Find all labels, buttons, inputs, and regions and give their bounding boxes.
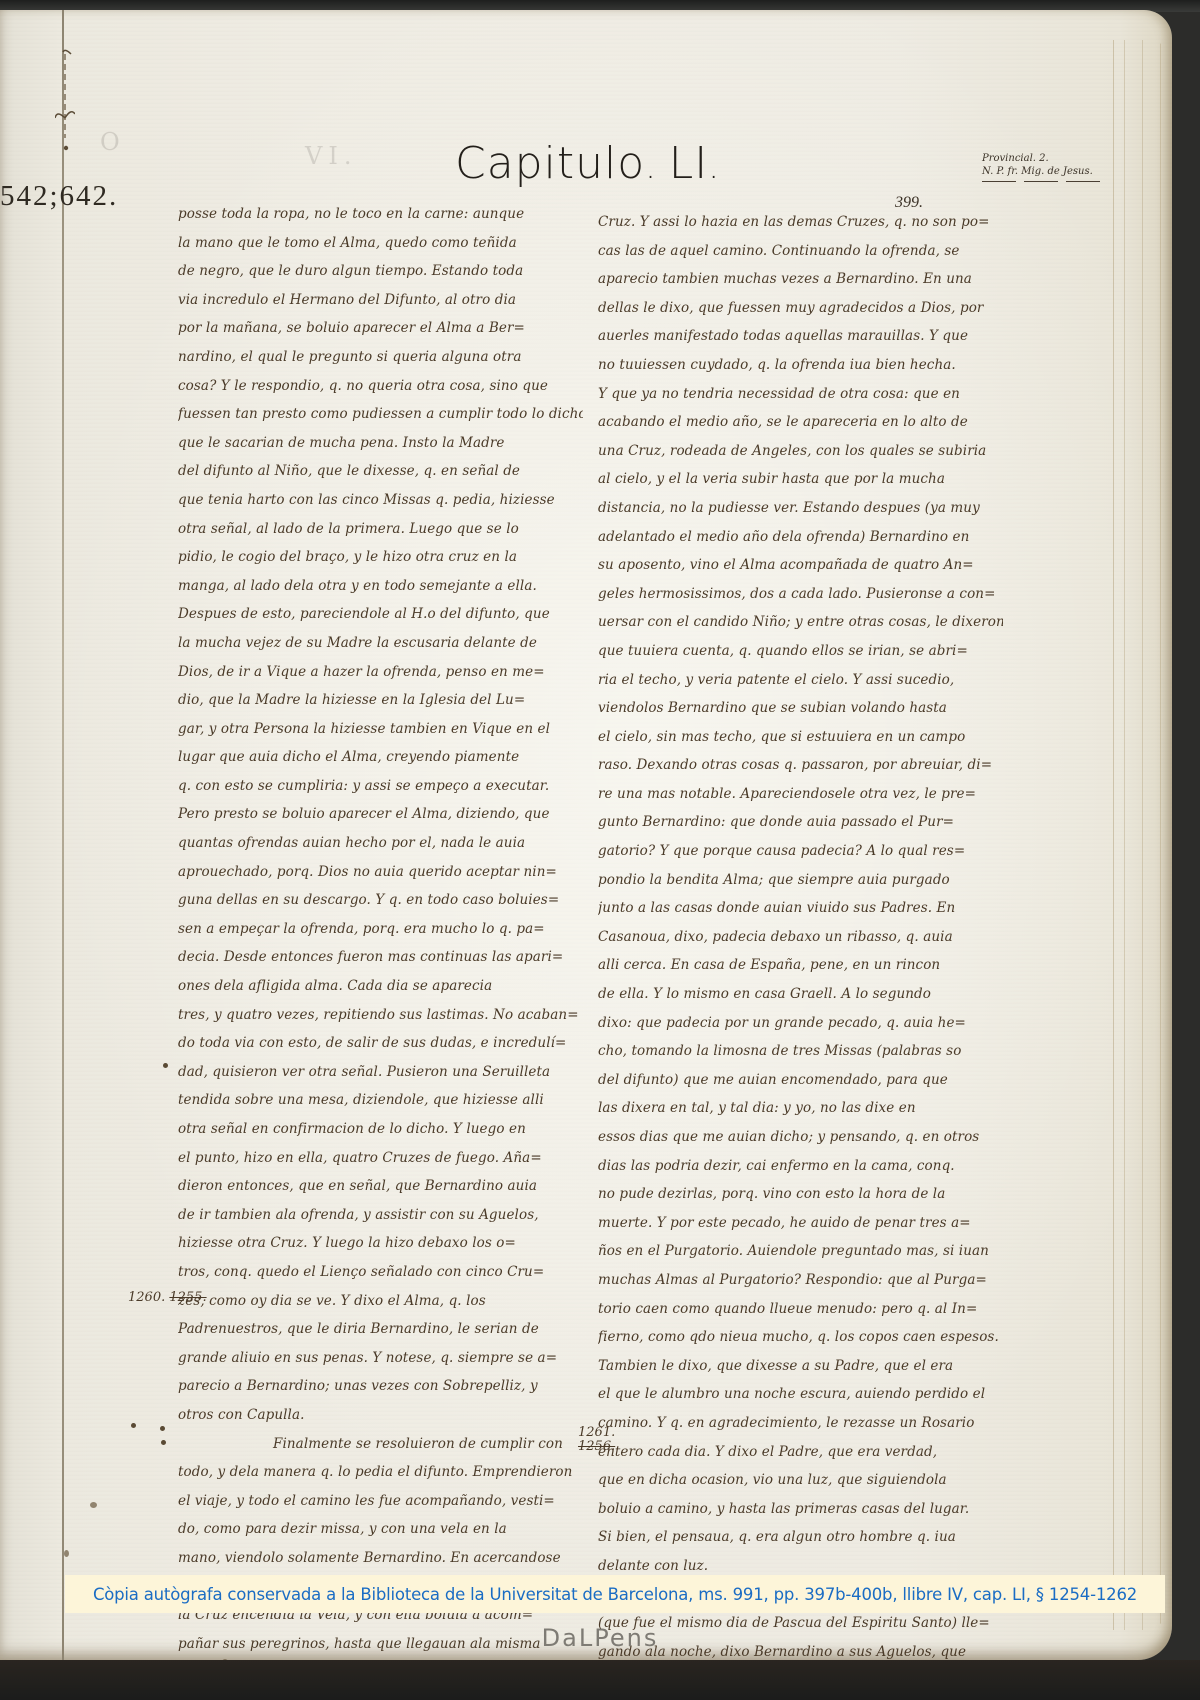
manuscript-line: essos dias que me auian dicho; y pensand… [598,1123,1003,1152]
manuscript-line: pidio, le cogio del braço, y le hizo otr… [178,543,583,572]
manuscript-line: adelantado el medio año dela ofrenda) Be… [598,523,1003,552]
manuscript-line: el punto, hizo en ella, quatro Cruzes de… [178,1144,583,1173]
paragraph-number-left: 1260. 1255. [128,1290,207,1305]
manuscript-line: dio, que la Madre la hiziesse en la Igle… [178,686,583,715]
manuscript-line: que le sacarian de mucha pena. Insto la … [178,429,583,458]
paragraph-number-struck: 1256. [578,1440,615,1454]
manuscript-line: via incredulo el Hermano del Difunto, al… [178,286,583,315]
manuscript-line: quantas ofrendas auian hecho por el, nad… [178,829,583,858]
manuscript-line: la mucha vejez de su Madre la escusaria … [178,629,583,658]
manuscript-line: grande aliuio en sus penas. Y notese, q.… [178,1344,583,1373]
ink-dot [161,1440,166,1445]
manuscript-line: que tuuiera cuenta, q. quando ellos se i… [598,637,1003,666]
paragraph-number-right: 1261. 1256. [578,1426,615,1454]
manuscript-line: dixo: que padecia por un grande pecado, … [598,1009,1003,1038]
manuscript-line: Dios, de ir a Vique a hazer la ofrenda, … [178,658,583,687]
manuscript-line: otros con Capulla. [178,1401,583,1430]
manuscript-line: parecio a Bernardino; unas vezes con Sob… [178,1372,583,1401]
manuscript-line: dellas le dixo, que fuessen muy agradeci… [598,294,1003,323]
manuscript-line: dad, quisieron ver otra señal. Pusieron … [178,1058,583,1087]
paragraph-number-new: 1261. [578,1426,615,1440]
manuscript-line: tres, y quatro vezes, repitiendo sus las… [178,1001,583,1030]
manuscript-line: Finalmente se resoluieron de cumplir con [178,1430,583,1459]
text-column-right: Cruz. Y assi lo hazia en las demas Cruze… [598,208,1003,1666]
ink-dot [160,1426,165,1431]
manuscript-line: cosa? Y le respondio, q. no queria otra … [178,372,583,401]
manuscript-line: de ella. Y lo mismo en casa Graell. A lo… [598,980,1003,1009]
manuscript-line: gunto Bernardino: que donde auia passado… [598,808,1003,837]
manuscript-line: entero cada dia. Y dixo el Padre, que er… [598,1438,1003,1467]
manuscript-line: de ir tambien ala ofrenda, y assistir co… [178,1201,583,1230]
manuscript-line: tros, conq. quedo el Lienço señalado con… [178,1258,583,1287]
manuscript-line: gar, y otra Persona la hiziesse tambien … [178,715,583,744]
manuscript-line: Pero presto se boluio aparecer el Alma, … [178,800,583,829]
margin-note-provincial: Provincial. 2. N. P. fr. Mig. de Jesus. [982,152,1122,182]
watermark-logo: DaLPens [0,1624,1200,1652]
manuscript-line: aprouechado, porq. Dios no auia querido … [178,858,583,887]
manuscript-line: lugar que auia dicho el Alma, creyendo p… [178,743,583,772]
manuscript-line: alli cerca. En casa de España, pene, en … [598,951,1003,980]
manuscript-line: el viaje, y todo el camino les fue acomp… [178,1487,583,1516]
manuscript-line: cho, tomando la limosna de tres Missas (… [598,1037,1003,1066]
manuscript-line: do, como para dezir missa, y con una vel… [178,1515,583,1544]
manuscript-line: aparecio tambien muchas vezes a Bernardi… [598,265,1003,294]
ink-dot [131,1423,136,1428]
fleuron-ornament-icon [55,48,75,158]
manuscript-line: ones dela afligida alma. Cada dia se apa… [178,972,583,1001]
chapter-title-word: Capitulo [455,138,645,189]
scan-background-bottom [0,1660,1200,1700]
manuscript-line: dieron entonces, que en señal, que Berna… [178,1172,583,1201]
manuscript-line: no tuuiessen cuydado, q. la ofrenda iua … [598,351,1003,380]
manuscript-line: otra señal en confirmacion de lo dicho. … [178,1115,583,1144]
manuscript-line: Despues de esto, pareciendole al H.o del… [178,600,583,629]
manuscript-line: fuessen tan presto como pudiessen a cump… [178,400,583,429]
manuscript-line: al cielo, y el la veria subir hasta que … [598,465,1003,494]
manuscript-line: todo, y dela manera q. lo pedia el difun… [178,1458,583,1487]
manuscript-line: boluio a camino, y hasta las primeras ca… [598,1495,1003,1524]
paragraph-number-struck: 1255. [169,1290,206,1305]
manuscript-line: Y que ya no tendria necessidad de otra c… [598,380,1003,409]
manuscript-line: manga, al lado dela otra y en todo semej… [178,572,583,601]
manuscript-line: dias las podria dezir, cai enfermo en la… [598,1152,1003,1181]
manuscript-line: mano, viendolo solamente Bernardino. En … [178,1544,583,1573]
chapter-title: Capitulo. LI. [455,138,720,189]
manuscript-line: gatorio? Y que porque causa padecia? A l… [598,837,1003,866]
manuscript-line: el cielo, sin mas techo, que si estuuier… [598,723,1003,752]
manuscript-line: sen a empeçar la ofrenda, porq. era much… [178,915,583,944]
margin-note-line-2: N. P. fr. Mig. de Jesus. [982,165,1122,178]
manuscript-line: nardino, el qual le pregunto si queria a… [178,343,583,372]
margin-note-underline [982,181,1100,182]
manuscript-line: muerte. Y por este pecado, he auido de p… [598,1209,1003,1238]
worm-hole [90,1502,97,1508]
manuscript-line: q. con esto se cumpliria: y assi se empe… [178,772,583,801]
chapter-title-period: . [708,147,720,187]
chapter-title-separator: . [645,147,669,187]
manuscript-line: una Cruz, rodeada de Angeles, con los qu… [598,437,1003,466]
manuscript-line: del difunto) que me auian encomendado, p… [598,1066,1003,1095]
manuscript-line: acabando el medio año, se le apareceria … [598,408,1003,437]
manuscript-line: fierno, como qdo nieua mucho, q. los cop… [598,1323,1003,1352]
manuscript-line: de negro, que le duro algun tiempo. Esta… [178,257,583,286]
manuscript-line: hiziesse otra Cruz. Y luego la hizo deba… [178,1229,583,1258]
manuscript-line: Cruz. Y assi lo hazia en las demas Cruze… [598,208,1003,237]
faint-bleedthrough-mark: O [100,128,126,156]
manuscript-line: las dixera en tal, y tal dia: y yo, no l… [598,1094,1003,1123]
paragraph-number-new: 1260. [128,1290,165,1305]
manuscript-line: geles hermosissimos, dos a cada lado. Pu… [598,580,1003,609]
manuscript-line: decia. Desde entonces fueron mas continu… [178,943,583,972]
manuscript-line: auerles manifestado todas aquellas marau… [598,322,1003,351]
manuscript-line: junto a las casas donde auian viuido sus… [598,894,1003,923]
manuscript-line: por la mañana, se boluio aparecer el Alm… [178,314,583,343]
manuscript-line: raso. Dexando otras cosas q. passaron, p… [598,751,1003,780]
chapter-number: LI [669,138,709,189]
manuscript-line: el que le alumbro una noche escura, auie… [598,1380,1003,1409]
manuscript-line: su aposento, vino el Alma acompañada de … [598,551,1003,580]
page-edge-stack [1113,40,1172,1630]
folio-number-left: 542;642. [0,180,118,213]
source-caption-text: Còpia autògrafa conservada a la Bibliote… [93,1585,1137,1604]
manuscript-line: cas las de aquel camino. Continuando la … [598,237,1003,266]
manuscript-line: no pude dezirlas, porq. vino con esto la… [598,1180,1003,1209]
manuscript-line: pondio la bendita Alma; que siempre auia… [598,866,1003,895]
faint-bleedthrough-mark: VI. [305,142,357,170]
manuscript-line: otra señal, al lado de la primera. Luego… [178,515,583,544]
text-column-left: posse toda la ropa, no le toco en la car… [178,200,583,1658]
manuscript-line: uersar con el candido Niño; y entre otra… [598,608,1003,637]
manuscript-line: torio caen como quando llueue menudo: pe… [598,1295,1003,1324]
manuscript-line: distancia, no la pudiesse ver. Estando d… [598,494,1003,523]
manuscript-line: viendolos Bernardino que se subian volan… [598,694,1003,723]
ink-dot [163,1063,168,1068]
manuscript-line: Si bien, el pensaua, q. era algun otro h… [598,1523,1003,1552]
manuscript-line: do toda via con esto, de salir de sus du… [178,1029,583,1058]
manuscript-line: camino. Y q. en agradecimiento, le rezas… [598,1409,1003,1438]
manuscript-line: tendida sobre una mesa, diziendole, que … [178,1086,583,1115]
manuscript-line: posse toda la ropa, no le toco en la car… [178,200,583,229]
manuscript-line: ria el techo, y veria patente el cielo. … [598,666,1003,695]
manuscript-line: la mano que le tomo el Alma, quedo como … [178,229,583,258]
manuscript-line: Tambien le dixo, que dixesse a su Padre,… [598,1352,1003,1381]
manuscript-page: O VI. 542;642. Capitulo. LI. Provincial.… [0,10,1172,1660]
manuscript-line: re una mas notable. Apareciendosele otra… [598,780,1003,809]
manuscript-line: del difunto al Niño, que le dixesse, q. … [178,457,583,486]
manuscript-line: que tenia harto con las cinco Missas q. … [178,486,583,515]
manuscript-line: zes, como oy dia se ve. Y dixo el Alma, … [178,1287,583,1316]
margin-note-line-1: Provincial. 2. [982,152,1122,165]
worm-hole [64,1550,69,1557]
manuscript-line: que en dicha ocasion, vio una luz, que s… [598,1466,1003,1495]
manuscript-line: Casanoua, dixo, padecia debaxo un ribass… [598,923,1003,952]
manuscript-line: Padrenuestros, que le diria Bernardino, … [178,1315,583,1344]
manuscript-line: guna dellas en su descargo. Y q. en todo… [178,886,583,915]
binding-gutter [62,10,64,1660]
manuscript-line: muchas Almas al Purgatorio? Respondio: q… [598,1266,1003,1295]
manuscript-line: ños en el Purgatorio. Auiendole pregunta… [598,1237,1003,1266]
source-caption: Còpia autògrafa conservada a la Bibliote… [65,1575,1165,1613]
